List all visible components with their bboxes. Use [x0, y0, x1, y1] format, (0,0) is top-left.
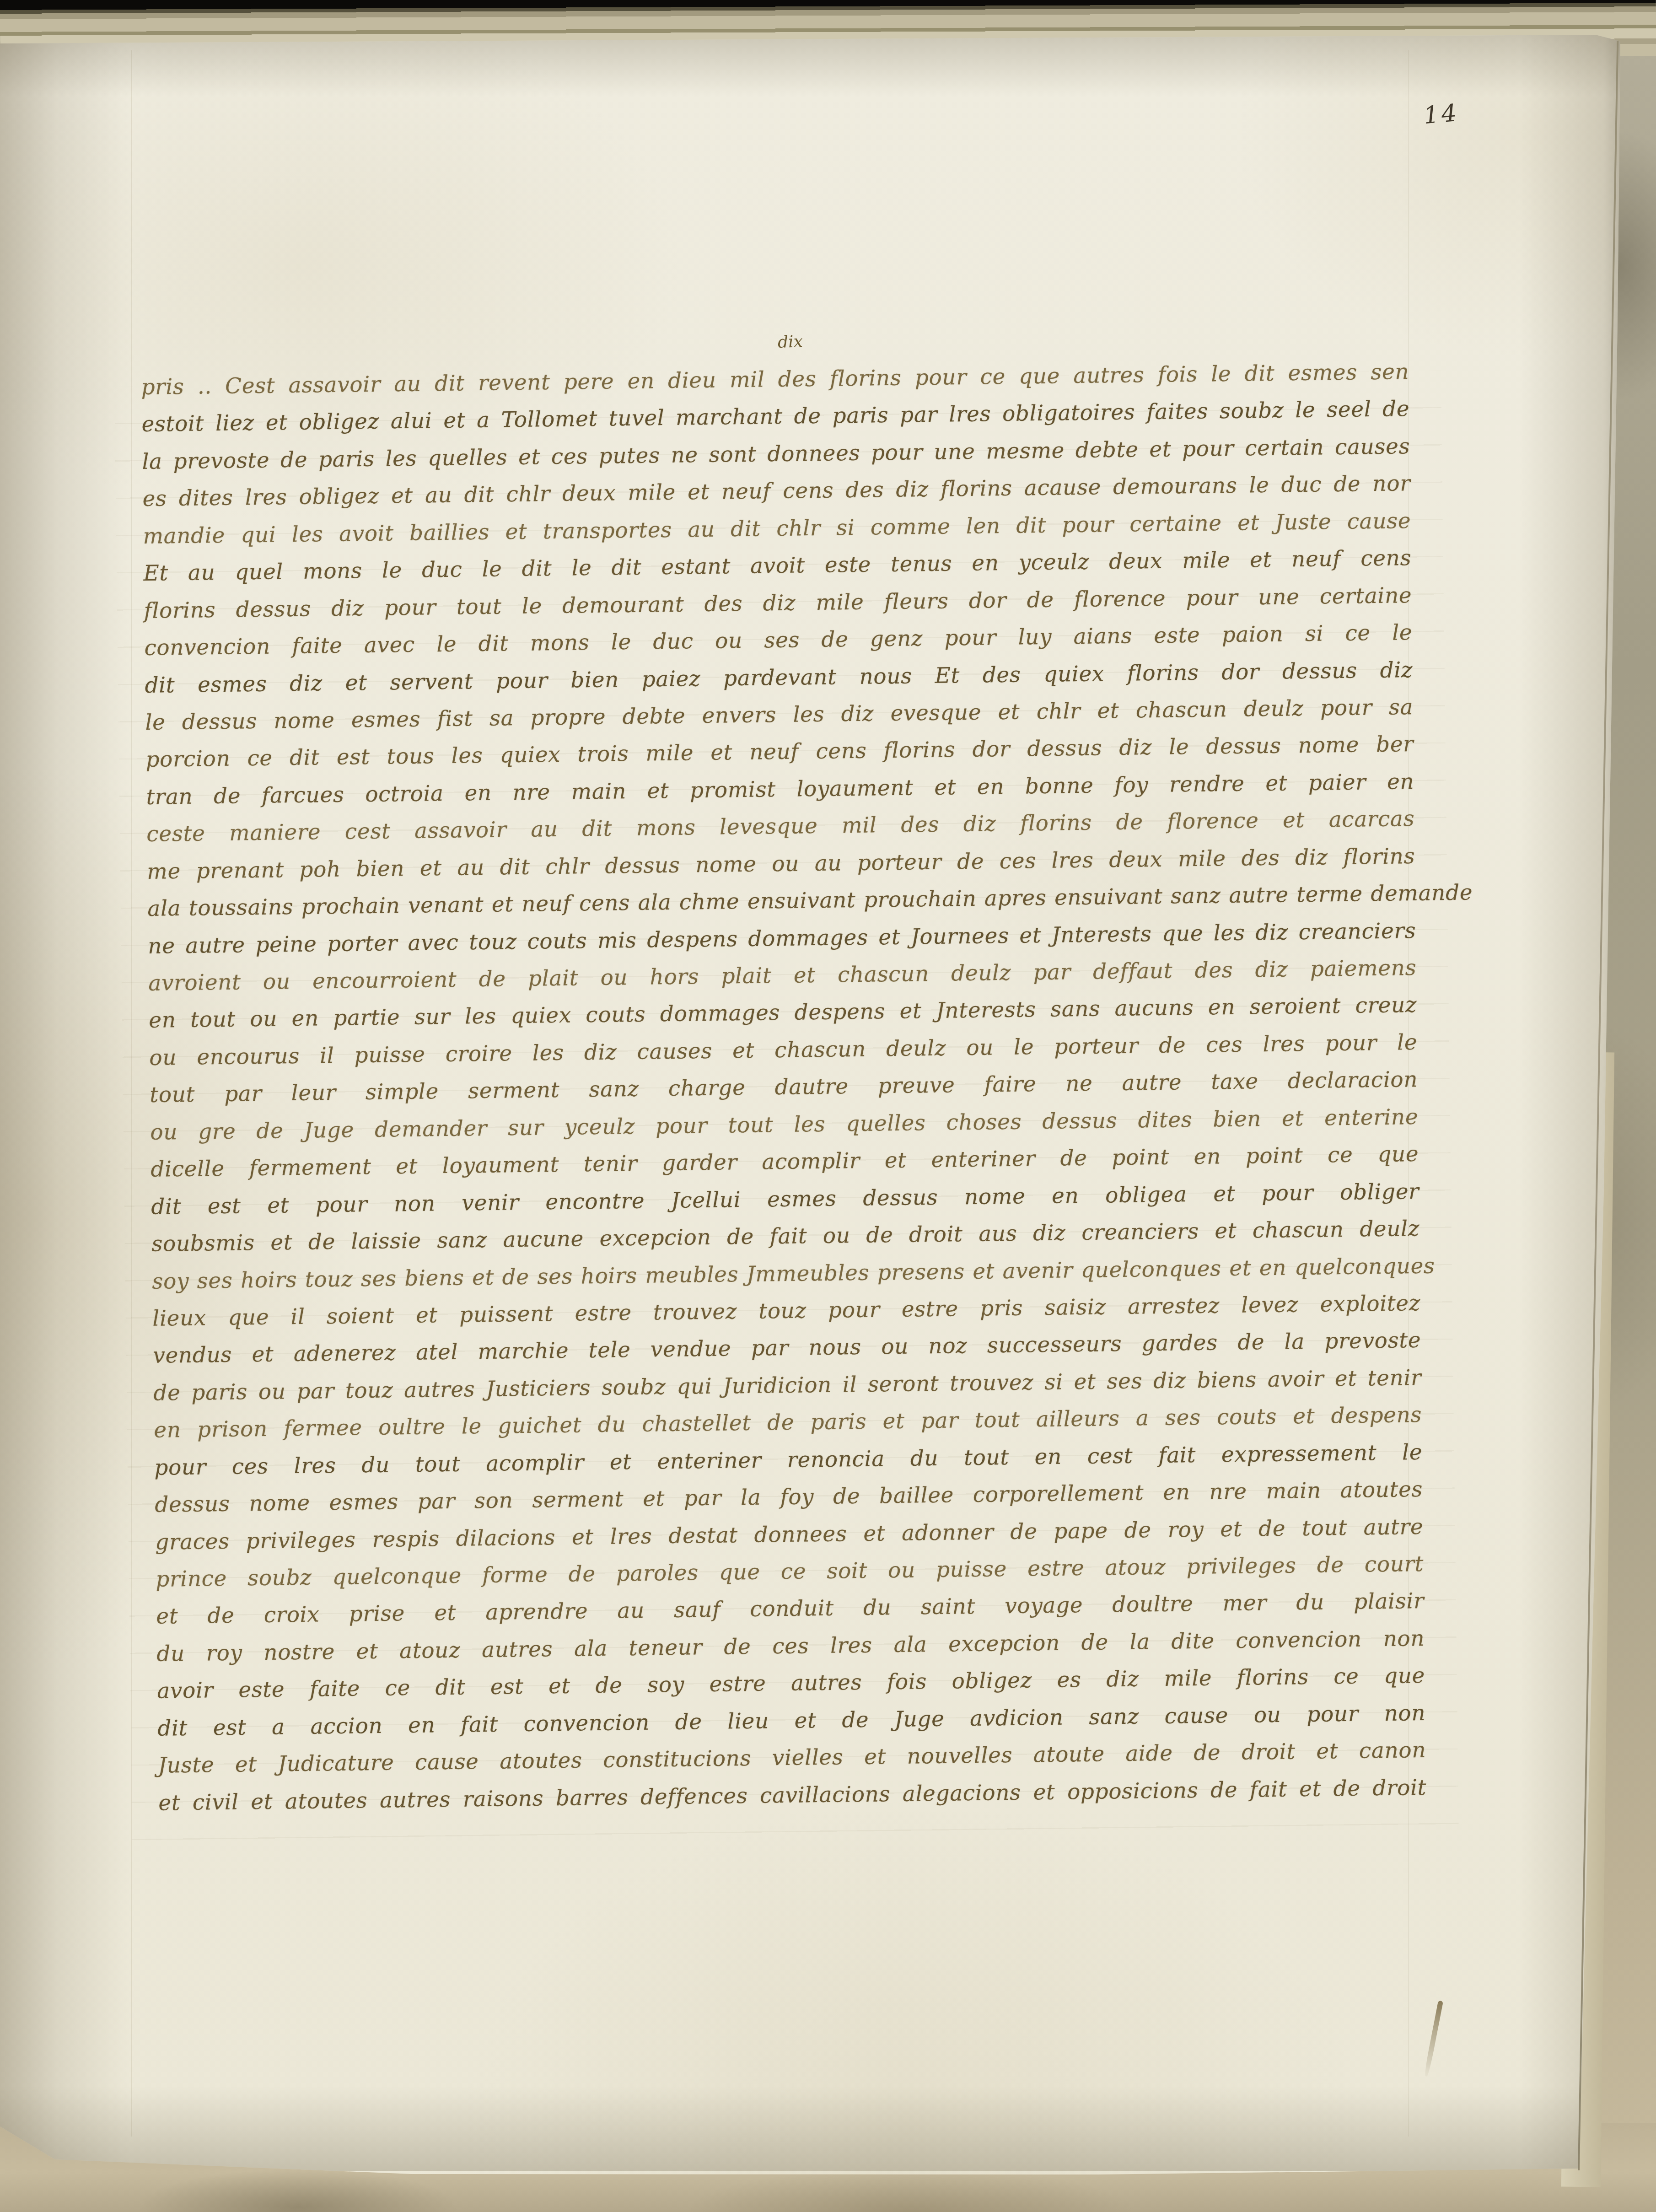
manuscript-scan: 14 dix pris .. Cest assavoir au dit reve…: [0, 0, 1656, 2212]
page-bottom-shading: [0, 2086, 1656, 2171]
folio-number: 14: [1423, 101, 1460, 128]
parchment-page: 14 dix pris .. Cest assavoir au dit reve…: [0, 0, 1656, 2212]
gutter-shadow: [0, 0, 128, 2212]
text-block: pris .. Cest assavoir au dit revent pere…: [141, 353, 1427, 1822]
ink-stroke-mark: [1424, 2000, 1443, 2077]
left-margin-rule: [131, 50, 132, 2137]
interlinear-addition: dix: [777, 334, 803, 351]
